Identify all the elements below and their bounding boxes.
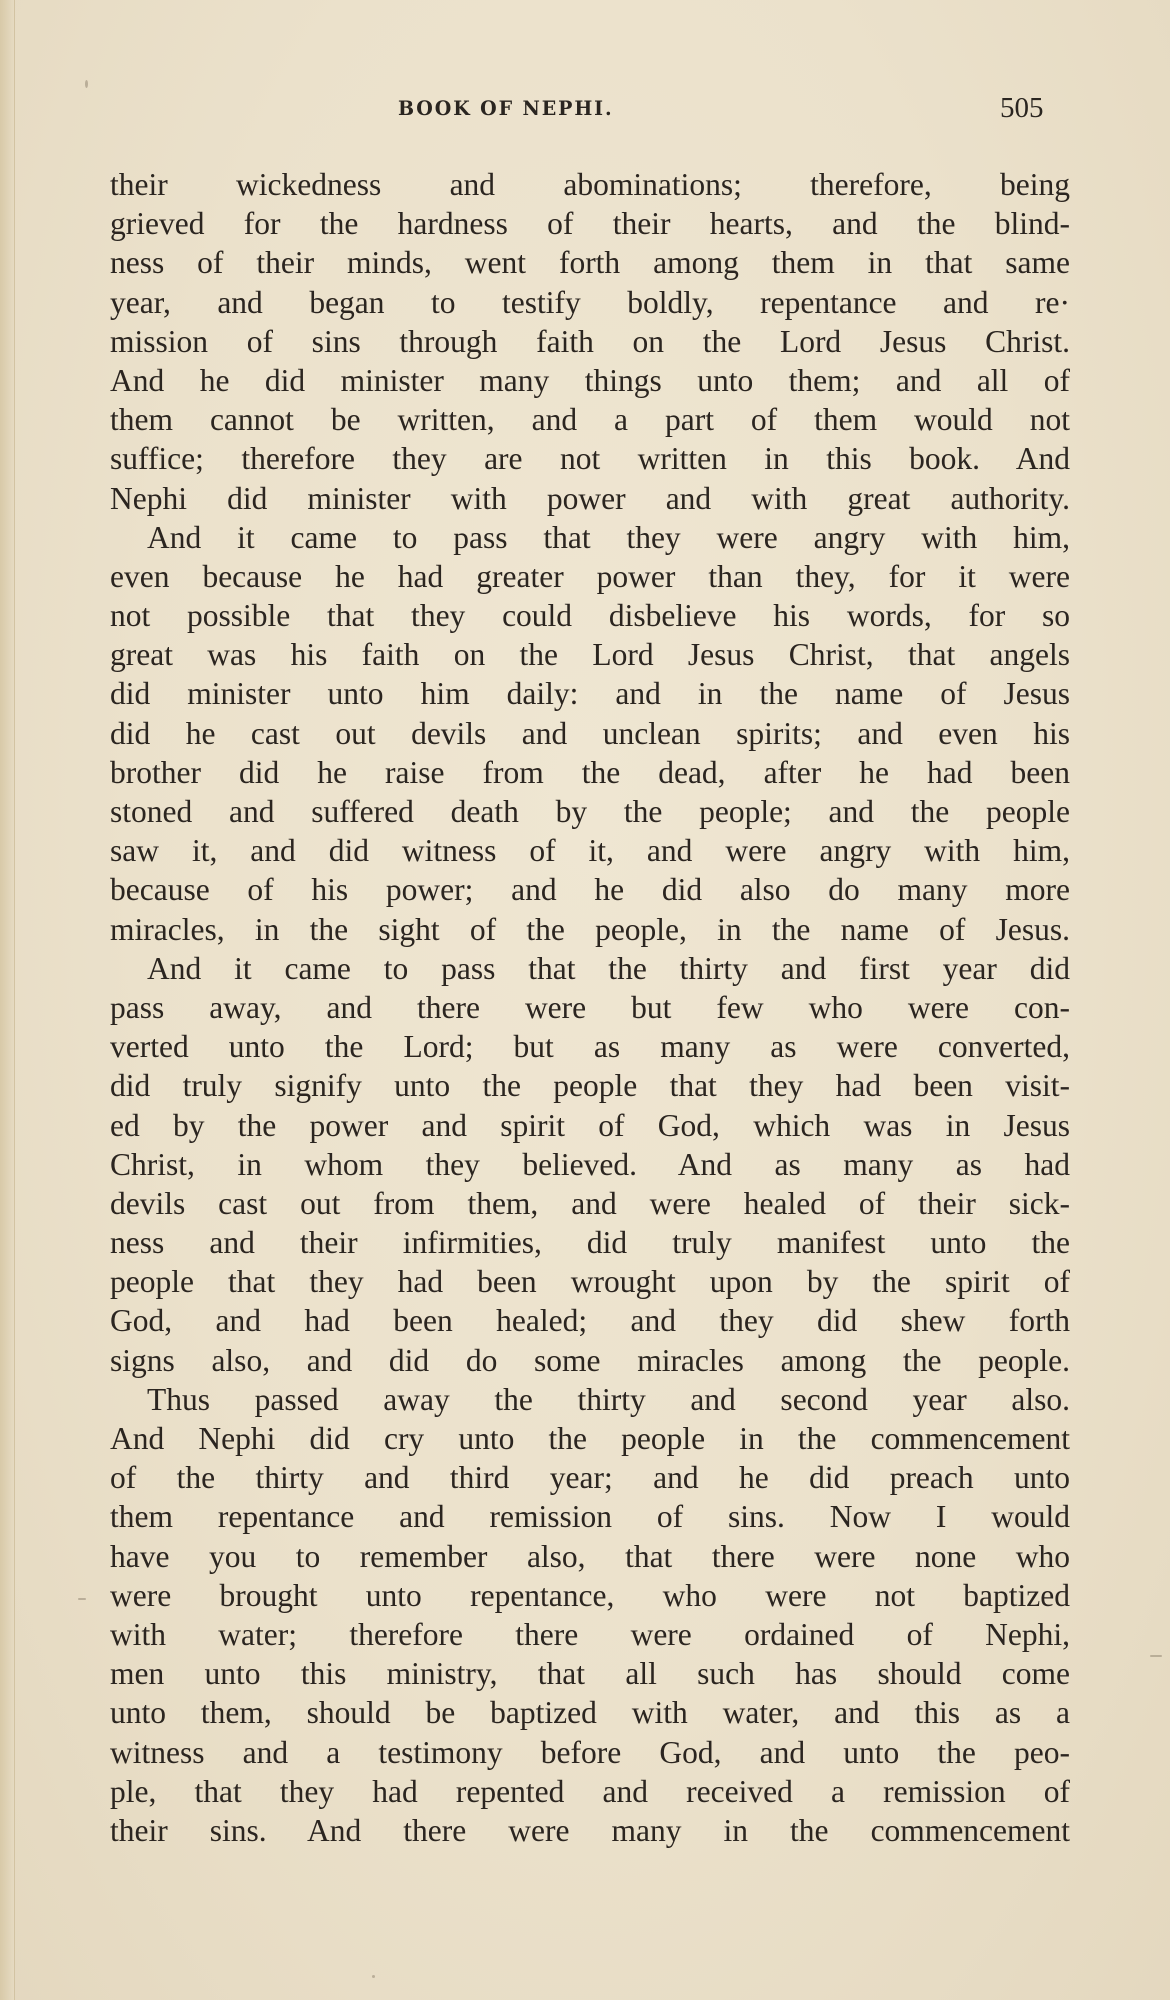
text-line: were brought unto repentance, who were n… — [110, 1576, 1070, 1615]
text-line: grieved for the hardness of their hearts… — [110, 204, 1070, 243]
text-line: people that they had been wrought upon b… — [110, 1262, 1070, 1301]
text-line: stoned and suffered death by the people;… — [110, 792, 1070, 831]
text-line: And he did minister many things unto the… — [110, 361, 1070, 400]
paper-speck — [78, 1598, 86, 1600]
text-line: suffice; therefore they are not written … — [110, 439, 1070, 478]
paper-speck — [1150, 1655, 1162, 1657]
text-line: brother did he raise from the dead, afte… — [110, 753, 1070, 792]
text-line: of the thirty and third year; and he did… — [110, 1458, 1070, 1497]
text-line: because of his power; and he did also do… — [110, 870, 1070, 909]
text-line: unto them, should be baptized with water… — [110, 1693, 1070, 1732]
body-text: their wickedness and abominations; there… — [110, 165, 1070, 1850]
text-line: their wickedness and abominations; there… — [110, 165, 1070, 204]
text-line: ed by the power and spirit of God, which… — [110, 1106, 1070, 1145]
text-line: mission of sins through faith on the Lor… — [110, 322, 1070, 361]
text-line: did minister unto him daily: and in the … — [110, 674, 1070, 713]
text-line: signs also, and did do some miracles amo… — [110, 1341, 1070, 1380]
paper-speck — [85, 80, 88, 88]
running-head: BOOK OF NEPHI. 505 — [0, 92, 1170, 132]
text-line: witness and a testimony before God, and … — [110, 1733, 1070, 1772]
text-line: devils cast out from them, and were heal… — [110, 1184, 1070, 1223]
text-line: Christ, in whom they believed. And as ma… — [110, 1145, 1070, 1184]
text-line: even because he had greater power than t… — [110, 557, 1070, 596]
text-line: ple, that they had repented and received… — [110, 1772, 1070, 1811]
text-line: Nephi did minister with power and with g… — [110, 479, 1070, 518]
paper-speck — [372, 1975, 375, 1978]
text-line: And it came to pass that they were angry… — [110, 518, 1070, 557]
page-gutter-edge — [0, 0, 15, 2000]
text-line: ness of their minds, went forth among th… — [110, 243, 1070, 282]
text-line: And it came to pass that the thirty and … — [110, 949, 1070, 988]
text-line: year, and began to testify boldly, repen… — [110, 283, 1070, 322]
paragraph: their wickedness and abominations; there… — [110, 165, 1070, 518]
text-line: And Nephi did cry unto the people in the… — [110, 1419, 1070, 1458]
text-line: saw it, and did witness of it, and were … — [110, 831, 1070, 870]
text-line: Thus passed away the thirty and second y… — [110, 1380, 1070, 1419]
text-line: pass away, and there were but few who we… — [110, 988, 1070, 1027]
text-line: them repentance and remission of sins. N… — [110, 1497, 1070, 1536]
text-line: verted unto the Lord; but as many as wer… — [110, 1027, 1070, 1066]
text-line: ness and their infirmities, did truly ma… — [110, 1223, 1070, 1262]
text-line: have you to remember also, that there we… — [110, 1537, 1070, 1576]
text-line: not possible that they could disbelieve … — [110, 596, 1070, 635]
paragraph: Thus passed away the thirty and second y… — [110, 1380, 1070, 1850]
text-line: did truly signify unto the people that t… — [110, 1066, 1070, 1105]
paragraph: And it came to pass that they were angry… — [110, 518, 1070, 949]
text-line: their sins. And there were many in the c… — [110, 1811, 1070, 1850]
page-number: 505 — [1000, 92, 1044, 125]
running-title: BOOK OF NEPHI. — [398, 96, 613, 120]
text-line: God, and had been healed; and they did s… — [110, 1301, 1070, 1340]
paragraph: And it came to pass that the thirty and … — [110, 949, 1070, 1380]
text-line: them cannot be written, and a part of th… — [110, 400, 1070, 439]
text-line: miracles, in the sight of the people, in… — [110, 910, 1070, 949]
text-line: did he cast out devils and unclean spiri… — [110, 714, 1070, 753]
book-page: BOOK OF NEPHI. 505 their wickedness and … — [0, 0, 1170, 2000]
text-line: men unto this ministry, that all such ha… — [110, 1654, 1070, 1693]
text-line: with water; therefore there were ordaine… — [110, 1615, 1070, 1654]
text-line: great was his faith on the Lord Jesus Ch… — [110, 635, 1070, 674]
